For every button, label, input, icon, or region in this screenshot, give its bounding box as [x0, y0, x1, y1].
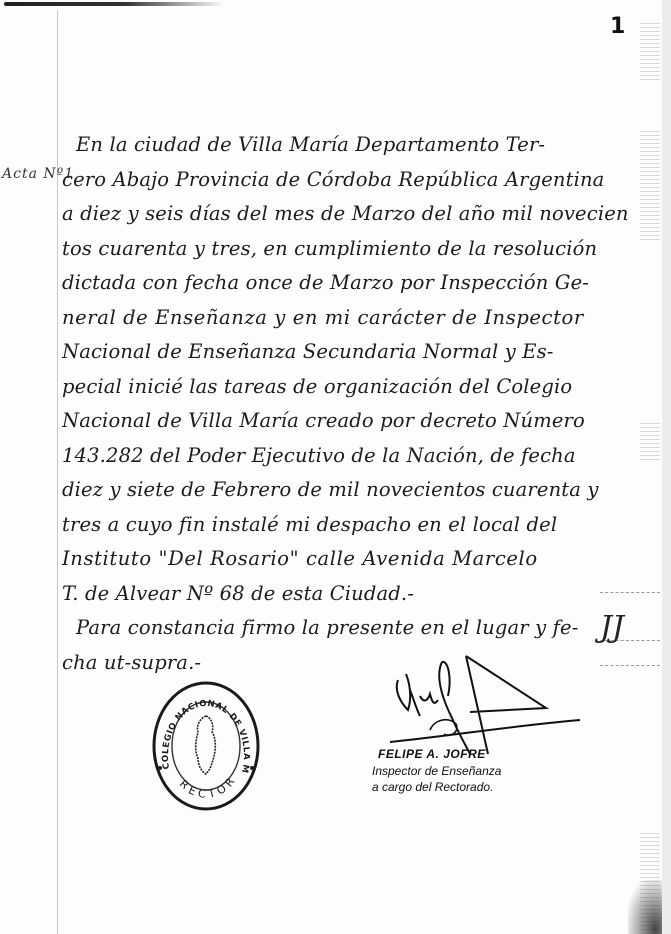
text-line: a diez y seis días del mes de Marzo del …	[62, 197, 660, 232]
text-line: diez y siete de Febrero de mil novecient…	[62, 473, 660, 508]
text-line: Nacional de Villa María creado por decre…	[62, 404, 660, 439]
rector-seal: COLEGIO NACIONAL DE VILLA MARÍA RECTOR	[150, 680, 262, 816]
text-line: cero Abajo Provincia de Córdoba Repúblic…	[62, 163, 660, 198]
svg-text:RECTOR: RECTOR	[177, 772, 240, 801]
signatory-subtitle: a cargo del Rectorado.	[372, 780, 501, 794]
scan-shadow	[628, 880, 662, 934]
signatory-name: FELIPE A. JOFRE	[372, 747, 501, 761]
scan-noise	[640, 20, 660, 80]
document-page: 1 Acta Nº1 En la ciudad de Villa María D…	[0, 0, 662, 934]
handwritten-text: En la ciudad de Villa María Departamento…	[62, 128, 660, 680]
page-number: 1	[610, 14, 625, 39]
text-line: tres a cuyo fin instalé mi despacho en e…	[62, 508, 660, 543]
initials-mark: JJ	[600, 610, 624, 645]
text-line: Para constancia firmo la presente en el …	[62, 611, 660, 646]
left-margin-rule	[57, 10, 58, 934]
text-line: tos cuarenta y tres, en cumplimiento de …	[62, 232, 660, 267]
argentina-map-icon	[196, 716, 216, 774]
text-line: En la ciudad de Villa María Departamento…	[62, 128, 660, 163]
text-line: 143.282 del Poder Ejecutivo de la Nación…	[62, 439, 660, 474]
dashed-rule	[600, 665, 660, 667]
text-line: Instituto "Del Rosario" calle Avenida Ma…	[62, 542, 660, 577]
text-line: dictada con fecha once de Marzo por Insp…	[62, 266, 660, 301]
seal-bottom-text: RECTOR	[177, 772, 240, 801]
scan-edge-line	[4, 2, 224, 6]
scan-right-strip	[662, 0, 671, 934]
text-line: neral de Enseñanza y en mi carácter de I…	[62, 301, 660, 336]
signatory-title: Inspector de Enseñanza	[372, 764, 501, 778]
text-line: T. de Alvear Nº 68 de esta Ciudad.-	[62, 577, 660, 612]
text-line: Nacional de Enseñanza Secundaria Normal …	[62, 335, 660, 370]
signature-block: FELIPE A. JOFRE Inspector de Enseñanza a…	[372, 747, 501, 794]
dashed-rule	[600, 592, 660, 594]
text-line: pecial inicié las tareas de organización…	[62, 370, 660, 405]
